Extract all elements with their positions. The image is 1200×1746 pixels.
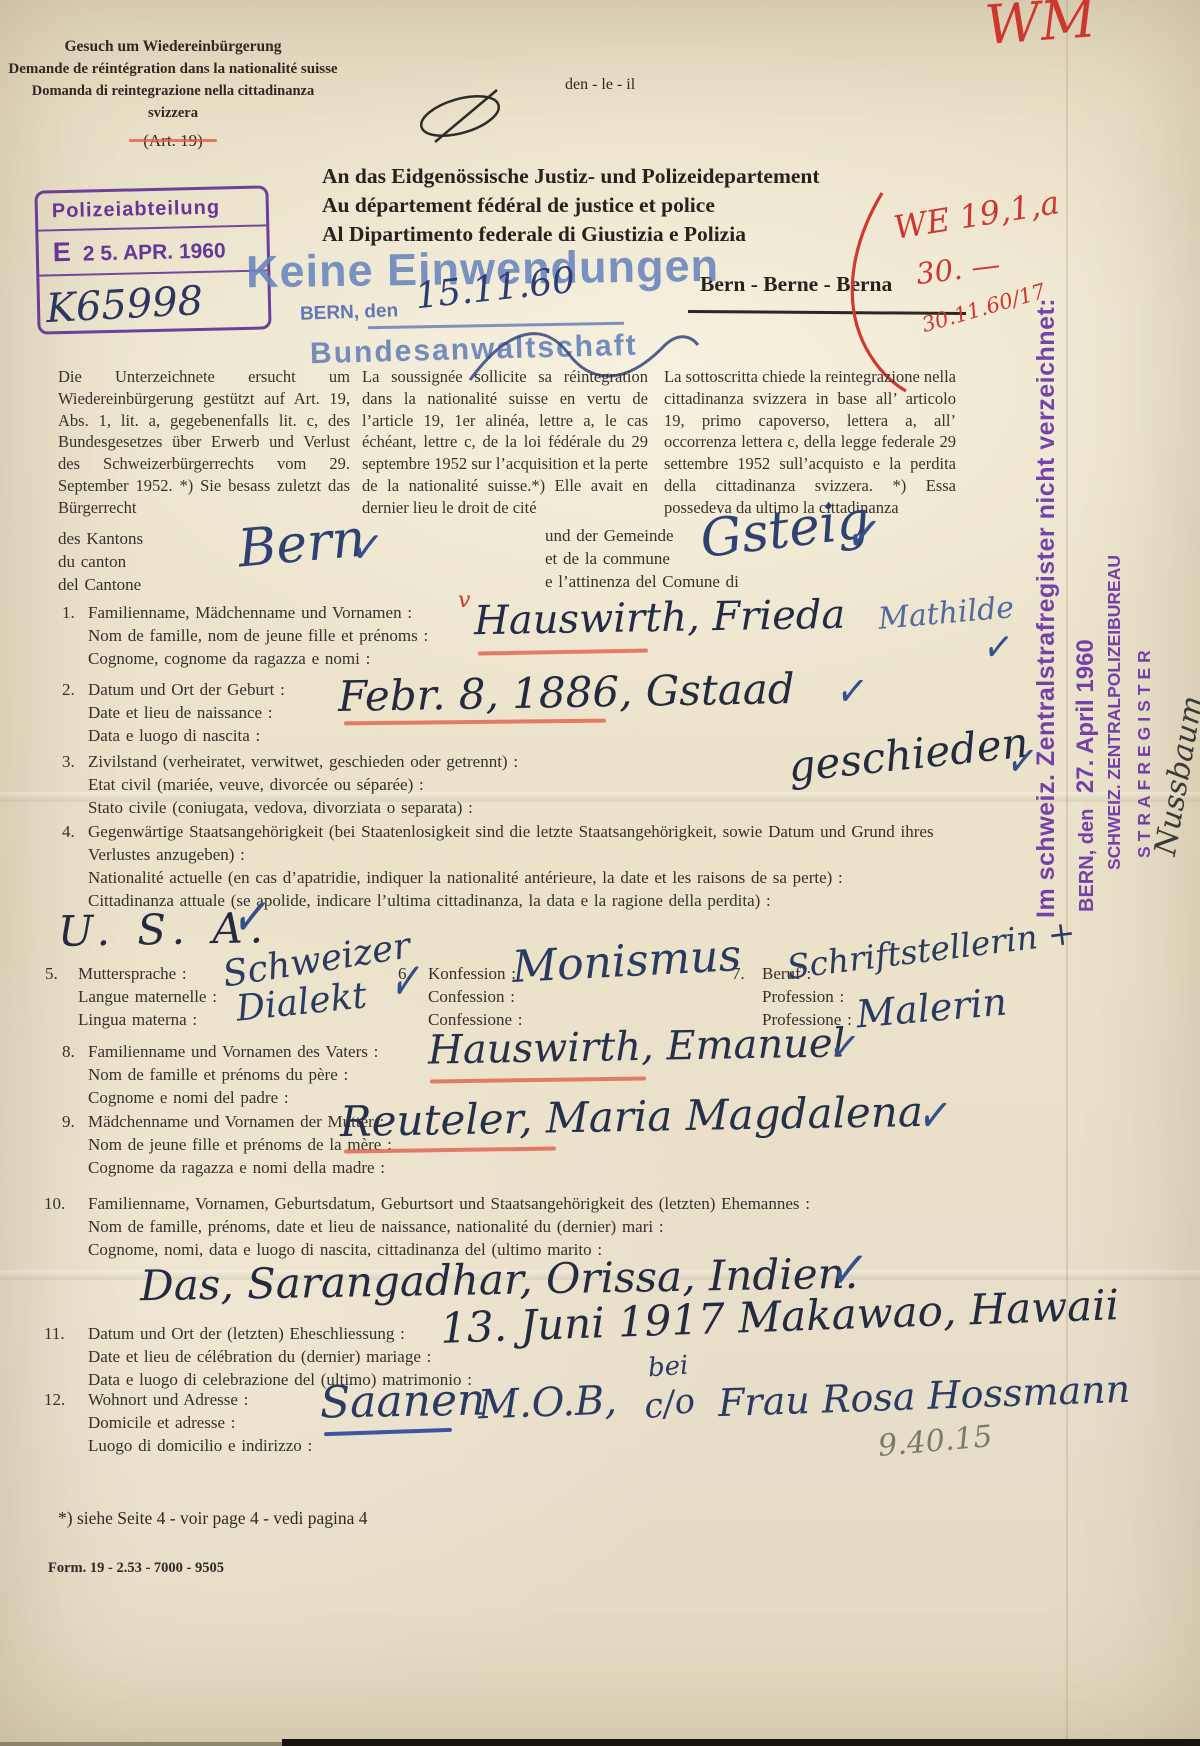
field-number: 4. xyxy=(62,820,75,843)
field2-value-handwritten: Febr. 8, 1886, Gstaad xyxy=(338,664,796,721)
canton-label-de: des Kantons xyxy=(58,527,143,550)
field12-label-fr: Domicile et adresse : xyxy=(88,1411,236,1434)
dossier-ref-handwritten: K65998 xyxy=(45,278,204,332)
field7-label-fr: Profession : xyxy=(762,985,844,1008)
canton-label-it: del Cantone xyxy=(58,573,141,596)
strafregister-register: STRAFREGISTER xyxy=(1134,596,1155,858)
form-title-it: Domanda di reintegrazione nella cittadin… xyxy=(8,80,338,124)
field3-label-fr: Etat civil (mariée, veuve, divorcée ou s… xyxy=(88,773,424,796)
strafregister-stamp-dateline: BERN, den 27. April 1960 xyxy=(1072,604,1100,912)
field2-label-de: Datum und Ort der Geburt : xyxy=(88,678,285,701)
field-number: 8. xyxy=(62,1040,75,1063)
field6-value-handwritten: Monismus xyxy=(511,930,743,993)
field-number: 1. xyxy=(62,601,75,624)
red-corner-initials: WM xyxy=(983,0,1098,57)
field-number: 9. xyxy=(62,1110,75,1133)
blue-underline xyxy=(324,1428,452,1436)
red-tick-mark: v xyxy=(458,588,470,613)
address-de: An das Eidgenössische Justiz- und Polize… xyxy=(322,162,820,191)
police-stamp-entry-letter: E xyxy=(52,237,71,267)
field-number: 6. xyxy=(398,962,411,985)
form-number: Form. 19 - 2.53 - 7000 - 9505 xyxy=(48,1560,224,1577)
field10-label-fr: Nom de famille, prénoms, date et lieu de… xyxy=(88,1215,664,1238)
field12-rest-handwritten: Frau Rosa Hossmann xyxy=(717,1367,1130,1425)
commune-label-de: und der Gemeinde xyxy=(545,524,674,547)
field7-value-line1: Schriftstellerin + xyxy=(785,912,1078,986)
field12-mob-handwritten: M.O.B, xyxy=(477,1378,617,1429)
police-stamp-entry-date: 2 5. APR. 1960 xyxy=(83,239,226,265)
red-underline xyxy=(478,649,648,656)
field1-value-handwritten: Hauswirth, Frieda xyxy=(474,592,846,644)
commune-label-fr: et de la commune xyxy=(545,547,670,570)
field2-label-it: Data e luogo di nascita : xyxy=(88,724,260,747)
check-mark: ✓ xyxy=(348,520,385,577)
field8-value-handwritten: Hauswirth, Emanuel xyxy=(428,1020,846,1073)
form-title-fr: Demande de réintégration dans la nationa… xyxy=(8,58,338,80)
police-stamp-dept: Polizeiabteilung xyxy=(37,188,266,231)
field8-label-it: Cognome e nomi del padre : xyxy=(88,1086,289,1109)
field11-label-de: Datum und Ort der (letzten) Eheschliessu… xyxy=(88,1322,405,1345)
address-fr: Au département fédéral de justice et pol… xyxy=(322,191,820,220)
canton-label-fr: du canton xyxy=(58,550,126,573)
field2-label-fr: Date et lieu de naissance : xyxy=(88,701,273,724)
field9-label-it: Cognome da ragazza e nomi della madre : xyxy=(88,1156,385,1179)
field3-label-it: Stato civile (coniugata, vedova, divorzi… xyxy=(88,796,473,819)
stamp-place-label: BERN, den xyxy=(300,300,399,325)
field11-label-fr: Date et lieu de célébration du (dernier)… xyxy=(88,1345,431,1368)
field8-label-fr: Nom de famille et prénoms du père : xyxy=(88,1063,348,1086)
field-number: 3. xyxy=(62,750,75,773)
strafregister-stamp-line1: Im schweiz. Zentralstrafregister nicht v… xyxy=(1032,430,1061,918)
field3-value-handwritten: geschieden xyxy=(786,718,1031,792)
field6-label-de: Konfession : xyxy=(428,962,516,985)
field9-value-handwritten: Reuteler, Maria Magdalena xyxy=(340,1087,924,1146)
field6-label-fr: Confession : xyxy=(428,985,515,1008)
field-number: 2. xyxy=(62,678,75,701)
scan-edge-bar xyxy=(282,1739,1200,1746)
commune-label-it: e l’attinenza del Comune di xyxy=(545,570,739,593)
check-mark: ✓ xyxy=(834,664,871,720)
field12-label-de: Wohnort und Adresse : xyxy=(88,1388,248,1411)
field4-label-fr: Nationalité actuelle (en cas d’apatridie… xyxy=(88,866,843,889)
scan-edge-bar xyxy=(0,1742,282,1746)
field1-label-it: Cognome, cognome da ragazza e nomi : xyxy=(88,647,370,670)
field1-label-fr: Nom de famille, nom de jeune fille et pr… xyxy=(88,624,428,647)
crossed-out-scribble xyxy=(405,80,525,150)
field4-label-de: Gegenwärtige Staatsangehörigkeit (bei St… xyxy=(88,820,968,866)
field10-label-de: Familienname, Vornamen, Geburtsdatum, Ge… xyxy=(88,1192,810,1215)
field5-label-it: Lingua materna : xyxy=(78,1008,197,1031)
check-mark: ✓ xyxy=(981,620,1016,673)
red-underline-art xyxy=(129,139,217,142)
form-title-de: Gesuch um Wiedereinbürgerung xyxy=(8,36,338,58)
police-stamp-date-row: E 2 5. APR. 1960 xyxy=(38,226,267,276)
field12-bei-handwritten: bei xyxy=(647,1351,689,1384)
field12-pencil-note: 9.40.15 xyxy=(877,1419,994,1464)
intro-paragraph-fr: La soussignée sollicite sa réintegration… xyxy=(362,366,648,519)
date-prompt: den - le - il xyxy=(565,76,635,94)
strafregister-date: 27. April 1960 xyxy=(1072,639,1099,793)
intro-paragraph-de: Die Unterzeichnete ersucht um Wiedereinb… xyxy=(58,366,350,519)
red-underline xyxy=(430,1076,646,1083)
field8-label-de: Familienname und Vornamen des Vaters : xyxy=(88,1040,378,1063)
field5-label-de: Muttersprache : xyxy=(78,962,187,985)
strafregister-signature: Nussbaum xyxy=(1148,635,1200,858)
strafregister-place: BERN, den xyxy=(1076,809,1098,912)
field5-label-fr: Langue maternelle : xyxy=(78,985,217,1008)
field12-place-handwritten: Saanen xyxy=(320,1375,486,1429)
field-number: 7. xyxy=(732,962,745,985)
field-number: 12. xyxy=(44,1388,65,1411)
field-number: 5. xyxy=(45,962,58,985)
scanned-form-page: Gesuch um Wiedereinbürgerung Demande de … xyxy=(0,0,1200,1746)
form-header: Gesuch um Wiedereinbürgerung Demande de … xyxy=(8,36,338,151)
field7-value-line2: Malerin xyxy=(854,980,1008,1037)
field3-label-de: Zivilstand (verheiratet, verwitwet, gesc… xyxy=(88,750,518,773)
field1-label-de: Familienname, Mädchenname und Vornamen : xyxy=(88,601,412,624)
field12-label-it: Luogo di domicilio e indirizzo : xyxy=(88,1434,312,1457)
paper-fold-line xyxy=(1066,0,1068,1746)
field-number: 11. xyxy=(44,1322,65,1345)
strafregister-bureau: SCHWEIZ. ZENTRALPOLIZEIBUREAU xyxy=(1104,578,1125,870)
field-number: 10. xyxy=(44,1192,65,1215)
footnote: *) siehe Seite 4 - voir page 4 - vedi pa… xyxy=(58,1508,368,1529)
field12-co-handwritten: c/o xyxy=(641,1381,697,1428)
address-block: An das Eidgenössische Justiz- und Polize… xyxy=(322,162,820,249)
